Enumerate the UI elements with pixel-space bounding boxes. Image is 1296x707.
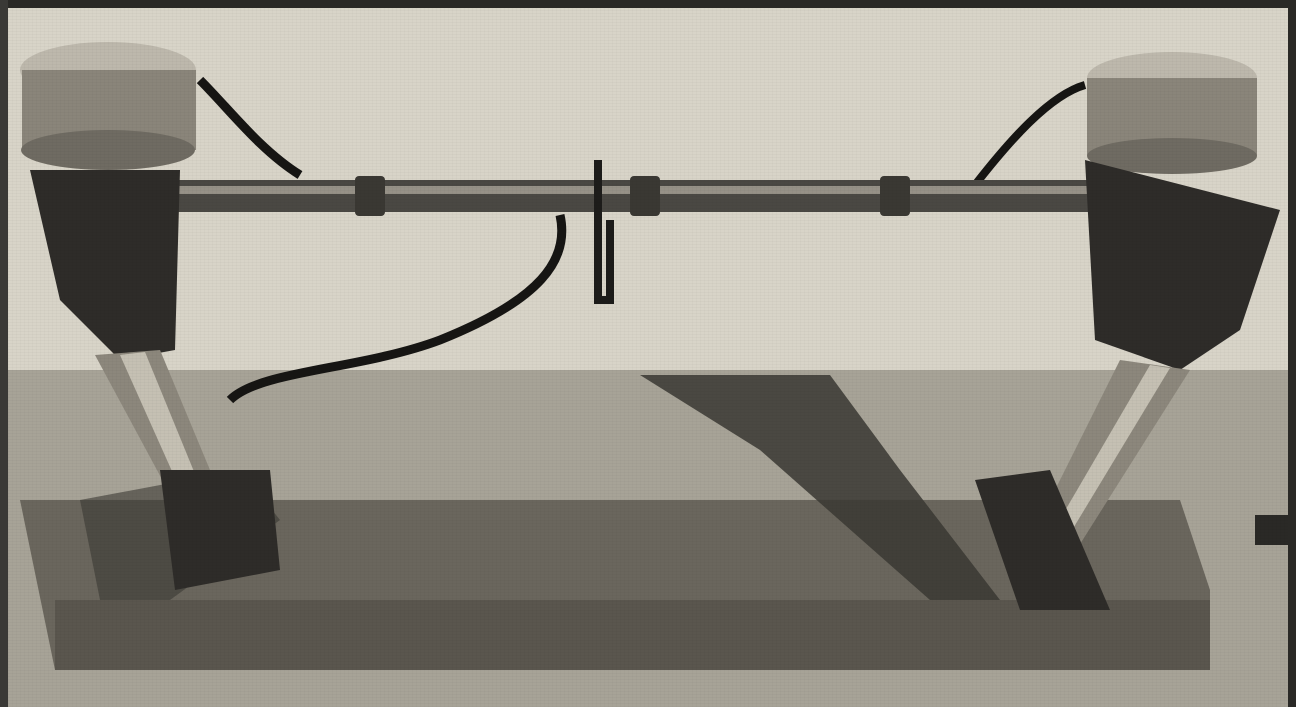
right-mechanism <box>1085 160 1280 370</box>
apparatus-scene <box>0 0 1296 707</box>
frame-border-right <box>1288 0 1296 707</box>
base-board-front <box>55 600 1210 670</box>
frame-border-top <box>0 0 1296 8</box>
frame-border-left <box>0 0 8 707</box>
left-mechanism <box>30 170 180 360</box>
left-cable-top <box>200 80 300 175</box>
photograph <box>0 0 1296 707</box>
rod-collar <box>880 176 910 216</box>
rod-collar <box>355 176 385 216</box>
rod-collar <box>630 176 660 216</box>
left-foot <box>160 470 280 590</box>
right-cable-top <box>975 85 1085 185</box>
